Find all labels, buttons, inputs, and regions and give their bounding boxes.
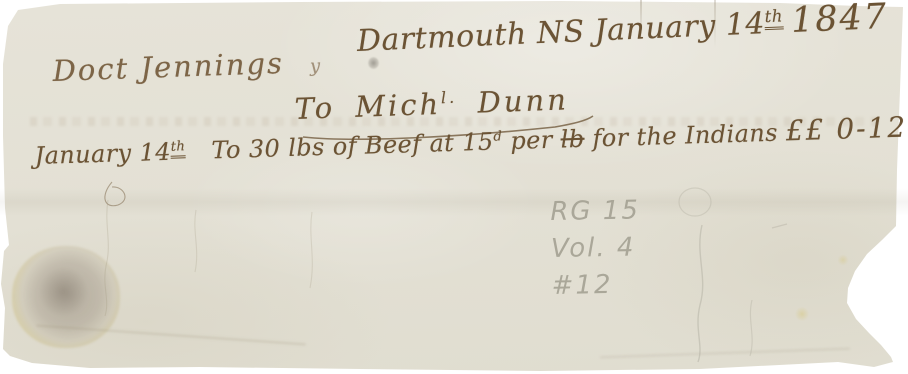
struck-out-word: lb <box>560 125 585 154</box>
payee-pre: To Mich <box>294 87 442 126</box>
lighting-band <box>0 188 908 216</box>
date-ordinal: th <box>764 6 783 30</box>
entry-date: January 14 <box>34 138 171 170</box>
archival-item-number: #12 <box>551 266 641 305</box>
archival-volume: Vol. 4 <box>551 229 641 268</box>
document-scan: Dartmouth NS January 14th1847 Doct Jenni… <box>0 0 908 374</box>
dateline-year: 1847 <box>790 0 889 41</box>
archival-record-group: RG 15 <box>550 192 640 231</box>
wax-seal-stain <box>12 246 120 348</box>
spacer <box>186 159 204 160</box>
pen-flourish-mark: y <box>310 56 323 77</box>
archival-note: RG 15 Vol. 4 #12 <box>550 192 641 305</box>
entry-description: per <box>502 125 561 155</box>
payee-abbreviation: l. <box>441 88 458 108</box>
payee-post: Dunn <box>457 82 570 120</box>
entry-description: for the Indians <box>584 119 778 153</box>
entry-amount: ££ 0-12-6 <box>785 110 908 148</box>
entry-date-ordinal: th <box>170 139 185 158</box>
